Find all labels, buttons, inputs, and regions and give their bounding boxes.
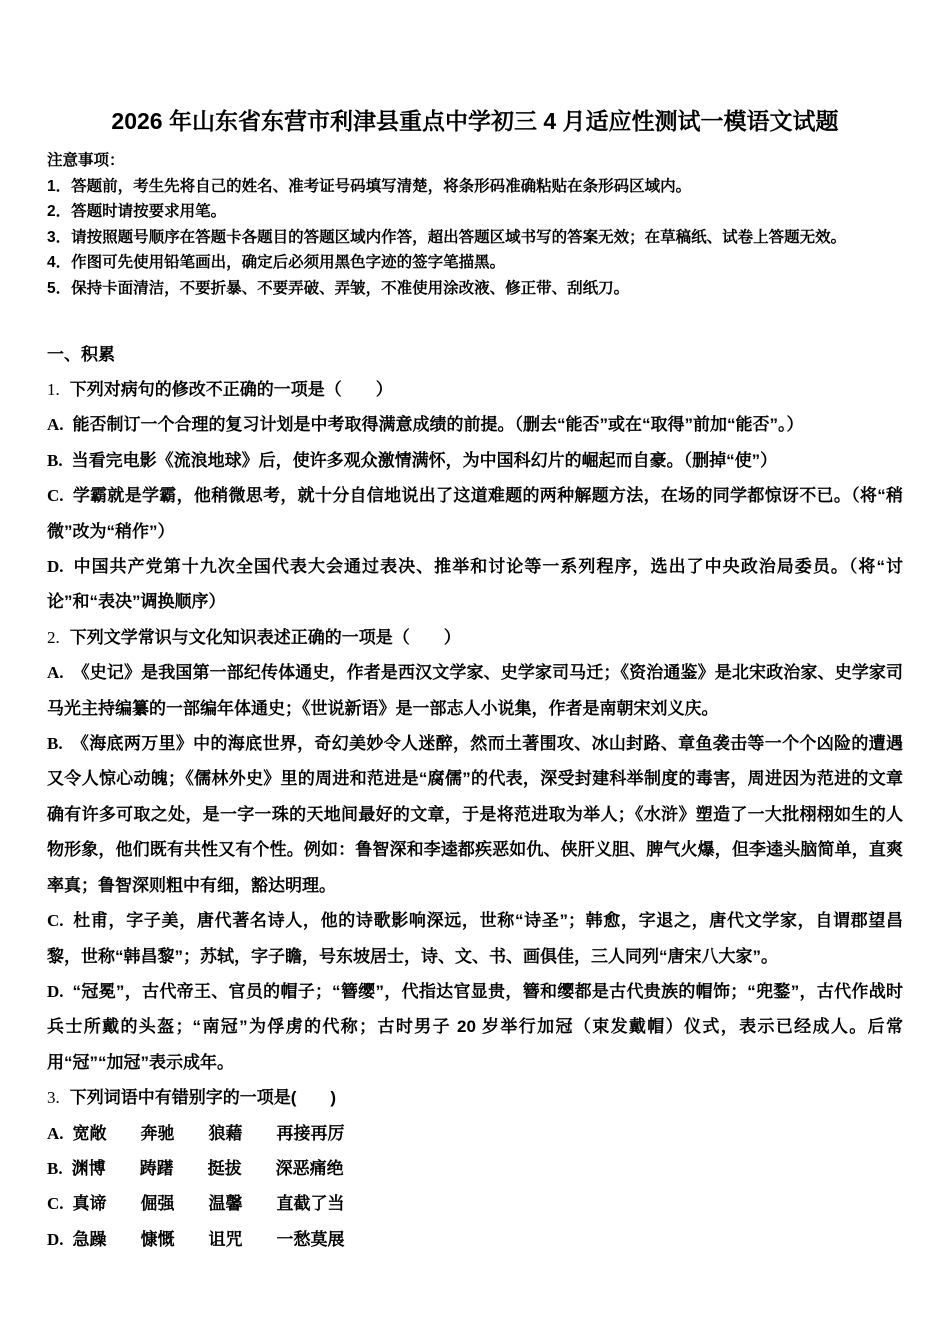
question-3-stem-text: 下列词语中有错别字的一项是( ) bbox=[70, 1088, 336, 1107]
question-1-stem: 1.下列对病句的修改不正确的一项是（ ） bbox=[47, 372, 903, 407]
question-2-option-a: A.《史记》是我国第一部纪传体通史，作者是西汉文学家、史学家司马迁；《资治通鉴》… bbox=[47, 655, 903, 726]
question-3-number: 3. bbox=[47, 1088, 60, 1107]
page-title: 2026 年山东省东营市利津县重点中学初三 4 月适应性测试一模语文试题 bbox=[47, 106, 903, 136]
question-3-option-a: A.宽敞 奔驰 狼藉 再接再厉 bbox=[47, 1116, 903, 1151]
option-text-c: 真谛 倔强 温馨 直截了当 bbox=[73, 1194, 345, 1213]
notice-item-1: 1．答题前，考生先将自己的姓名、准考证号码填写清楚，将条形码准确粘贴在条形码区域… bbox=[47, 174, 903, 200]
question-1-option-d: D.中国共产党第十九次全国代表大会通过表决、推举和讨论等一系列程序，选出了中央政… bbox=[47, 549, 903, 620]
option-label-b: B. bbox=[47, 451, 63, 470]
question-3-stem: 3.下列词语中有错别字的一项是( ) bbox=[47, 1080, 903, 1115]
exam-page: 2026 年山东省东营市利津县重点中学初三 4 月适应性测试一模语文试题 注意事… bbox=[0, 0, 950, 1344]
option-label-d: D. bbox=[47, 1230, 64, 1249]
option-label-c: C. bbox=[47, 486, 64, 505]
option-label-b: B. bbox=[47, 1159, 63, 1178]
option-label-a: A. bbox=[47, 663, 64, 682]
question-2-option-d: D.“冠冕”，古代帝王、官员的帽子；“簪缨”，代指达官显贵，簪和缨都是古代贵族的… bbox=[47, 974, 903, 1080]
question-2-stem-text: 下列文学常识与文化知识表述正确的一项是（ ） bbox=[70, 628, 461, 647]
option-text-a: 能否制订一个合理的复习计划是中考取得满意成绩的前提。（删去“能否”或在“取得”前… bbox=[73, 415, 804, 434]
option-label-a: A. bbox=[47, 415, 64, 434]
question-1-option-a: A.能否制订一个合理的复习计划是中考取得满意成绩的前提。（删去“能否”或在“取得… bbox=[47, 407, 903, 442]
notice-item-5: 5．保持卡面清洁，不要折暴、不要弄破、弄皱，不准使用涂改液、修正带、刮纸刀。 bbox=[47, 276, 903, 302]
question-1-option-c: C.学霸就是学霸，他稍微思考，就十分自信地说出了这道难题的两种解题方法，在场的同… bbox=[47, 478, 903, 549]
option-text-b: 当看完电影《流浪地球》后，使许多观众激情满怀，为中国科幻片的崛起而自豪。（删掉“… bbox=[72, 451, 778, 470]
option-text-c: 学霸就是学霸，他稍微思考，就十分自信地说出了这道难题的两种解题方法，在场的同学都… bbox=[47, 486, 903, 540]
question-1-option-b: B.当看完电影《流浪地球》后，使许多观众激情满怀，为中国科幻片的崛起而自豪。（删… bbox=[47, 443, 903, 478]
question-3-option-c: C.真谛 倔强 温馨 直截了当 bbox=[47, 1186, 903, 1221]
option-text-c: 杜甫，字子美，唐代著名诗人，他的诗歌影响深远，世称“诗圣”；韩愈，字退之，唐代文… bbox=[47, 911, 903, 965]
option-label-d: D. bbox=[47, 557, 64, 576]
option-text-d: 急躁 慷慨 诅咒 一愁莫展 bbox=[73, 1230, 345, 1249]
question-2-number: 2. bbox=[47, 628, 60, 647]
question-2-stem: 2.下列文学常识与文化知识表述正确的一项是（ ） bbox=[47, 620, 903, 655]
question-1-stem-text: 下列对病句的修改不正确的一项是（ ） bbox=[70, 380, 393, 399]
notice-section: 注意事项： 1．答题前，考生先将自己的姓名、准考证号码填写清楚，将条形码准确粘贴… bbox=[47, 148, 903, 301]
question-2-option-b: B.《海底两万里》中的海底世界，奇幻美妙令人迷醉，然而土著围攻、冰山封路、章鱼袭… bbox=[47, 726, 903, 903]
question-3-option-d: D.急躁 慷慨 诅咒 一愁莫展 bbox=[47, 1222, 903, 1257]
option-label-d: D. bbox=[47, 982, 64, 1001]
question-3-option-b: B.渊博 踌躇 挺拔 深恶痛绝 bbox=[47, 1151, 903, 1186]
notice-item-4: 4．作图可先使用铅笔画出，确定后必须用黑色字迹的签字笔描黑。 bbox=[47, 250, 903, 276]
section-heading-accumulation: 一、积累 bbox=[47, 337, 903, 372]
notice-item-2: 2．答题时请按要求用笔。 bbox=[47, 199, 903, 225]
question-2: 2.下列文学常识与文化知识表述正确的一项是（ ） A.《史记》是我国第一部纪传体… bbox=[47, 620, 903, 1080]
option-text-a: 《史记》是我国第一部纪传体通史，作者是西汉文学家、史学家司马迁；《资治通鉴》是北… bbox=[47, 663, 903, 717]
question-2-option-c: C.杜甫，字子美，唐代著名诗人，他的诗歌影响深远，世称“诗圣”；韩愈，字退之，唐… bbox=[47, 903, 903, 974]
option-label-a: A. bbox=[47, 1124, 64, 1143]
option-text-b: 渊博 踌躇 挺拔 深恶痛绝 bbox=[72, 1159, 344, 1178]
question-1: 1.下列对病句的修改不正确的一项是（ ） A.能否制订一个合理的复习计划是中考取… bbox=[47, 372, 903, 620]
notice-heading: 注意事项： bbox=[47, 148, 903, 174]
option-text-b: 《海底两万里》中的海底世界，奇幻美妙令人迷醉，然而土著围攻、冰山封路、章鱼袭击等… bbox=[47, 734, 903, 895]
option-text-d: 中国共产党第十九次全国代表大会通过表决、推举和讨论等一系列程序，选出了中央政治局… bbox=[47, 557, 903, 611]
option-label-c: C. bbox=[47, 911, 64, 930]
question-1-number: 1. bbox=[47, 380, 60, 399]
notice-item-3: 3．请按照题号顺序在答题卡各题目的答题区域内作答，超出答题区域书写的答案无效；在… bbox=[47, 225, 903, 251]
option-text-d: “冠冕”，古代帝王、官员的帽子；“簪缨”，代指达官显贵，簪和缨都是古代贵族的帽饰… bbox=[47, 982, 903, 1072]
option-label-c: C. bbox=[47, 1194, 64, 1213]
option-label-b: B. bbox=[47, 734, 63, 753]
question-3: 3.下列词语中有错别字的一项是( ) A.宽敞 奔驰 狼藉 再接再厉 B.渊博 … bbox=[47, 1080, 903, 1257]
option-text-a: 宽敞 奔驰 狼藉 再接再厉 bbox=[73, 1124, 345, 1143]
